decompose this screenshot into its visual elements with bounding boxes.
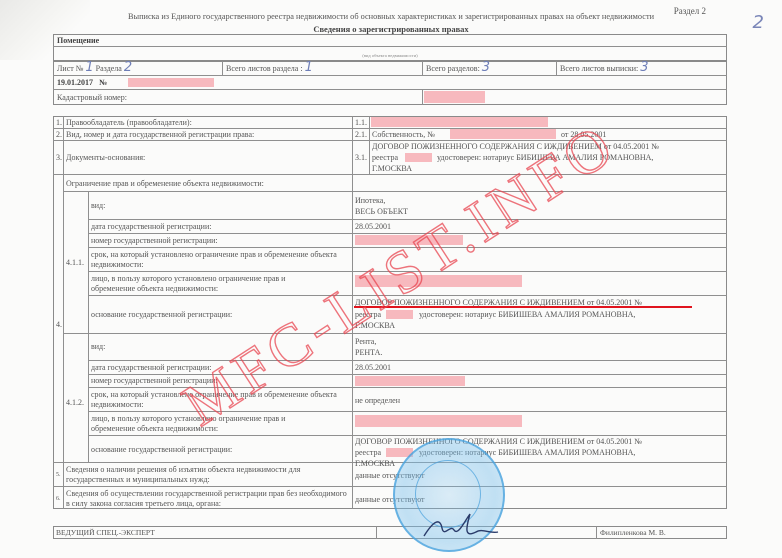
- row-6-label: Сведения об осуществлении государственно…: [63, 488, 352, 510]
- document-title: Выписка из Единого государственного реес…: [0, 12, 782, 21]
- encumbrance-2-date-value: 28.05.2001: [352, 362, 394, 374]
- encumbrance-1-basis-label: основание государственной регистрации:: [88, 309, 235, 321]
- total-sections: Всего разделов: 3: [423, 62, 493, 75]
- encumbrance-2-term-value: не определен: [352, 395, 403, 407]
- total-sheets-extract: Всего листов выписки: 3: [557, 62, 652, 75]
- extract-date-row: 19.01.2017 №: [54, 77, 110, 89]
- document-subtitle: Сведения о зарегистрированных правах: [0, 24, 782, 34]
- row-2-label: Вид, номер и дата государственной регист…: [63, 129, 257, 141]
- encumbrance-1-kind-value-2: ВЕСЬ ОБЪЕКТ: [352, 206, 411, 218]
- encumbrance-1-basis-line-2b: удостоверен: нотариус БИБИШЕВА АМАЛИЯ РО…: [416, 309, 638, 321]
- encumbrance-1-beneficiary-label: лицо, в пользу которого установлено огра…: [88, 273, 328, 295]
- extract-number-label: №: [99, 78, 107, 87]
- row-3-label: Документы-основания:: [63, 152, 148, 164]
- redacted-encumbrance-2-number: [355, 376, 465, 386]
- total-sections-label: Всего разделов:: [426, 64, 480, 73]
- object-type: Помещение: [54, 35, 102, 47]
- encumbrance-2-number: 4.1.2.: [63, 397, 87, 409]
- redacted-encumbrance-2-beneficiary: [355, 415, 522, 427]
- encumbrance-1-term-label: срок, на который установлено ограничение…: [88, 249, 352, 271]
- row-4-label: Ограничение прав и обременение объекта н…: [63, 178, 267, 190]
- cadastral-label: Кадастровый номер:: [54, 92, 130, 104]
- encumbrance-1-kind-label: вид:: [88, 200, 108, 212]
- row-2-sub: 2.1.: [352, 129, 370, 141]
- total-sheets-section: Всего листов раздела : 1: [223, 62, 316, 75]
- total-sheets-section-value: 1: [305, 60, 313, 75]
- section-number-value: 2: [124, 60, 132, 75]
- section-number-label: Раздела: [96, 64, 122, 73]
- extract-date: 19.01.2017: [57, 78, 93, 87]
- encumbrance-1-number: 4.1.1.: [63, 257, 87, 269]
- object-type-caption: (вид объекта недвижимости): [53, 52, 727, 60]
- row-5-label: Сведения о наличии решения об изъятии об…: [63, 464, 352, 486]
- signer-position: ВЕДУЩИЙ СПЕЦ.-ЭКСПЕРТ: [53, 527, 158, 539]
- total-sections-value: 3: [482, 60, 490, 75]
- encumbrance-1-term-value: [352, 255, 358, 257]
- redacted-extract-number: [128, 78, 214, 87]
- encumbrance-1-date-value: 28.05.2001: [352, 221, 394, 233]
- total-sheets-extract-label: Всего листов выписки:: [560, 64, 638, 73]
- signer-name: Филипленкова М. В.: [597, 527, 669, 539]
- redacted-registration-number: [450, 129, 556, 139]
- encumbrance-2-kind-label: вид:: [88, 341, 108, 353]
- redacted-right-holder: [371, 117, 548, 127]
- redacted-cadastral-number: [424, 91, 485, 103]
- row-4-number: 4.: [53, 319, 65, 331]
- row-1-label: Правообладатель (правообладатели):: [63, 117, 195, 129]
- encumbrance-2-kind-value-2: РЕНТА.: [352, 347, 385, 359]
- sheet-label: Лист №: [57, 64, 83, 73]
- signature: [420, 510, 500, 542]
- row-3-sub: 3.1.: [352, 152, 370, 164]
- encumbrance-1-date-label: дата государственной регистрации:: [88, 221, 214, 233]
- row-3-doc-line-3: Г.МОСКВА: [369, 163, 415, 175]
- encumbrance-2-basis-line-3: Г.МОСКВА: [352, 458, 398, 470]
- row-1-sub: 1.1.: [352, 117, 370, 129]
- total-sheets-extract-value: 3: [640, 60, 648, 75]
- sheet-value: 1: [85, 60, 93, 75]
- row-5-number: 5.: [53, 469, 64, 481]
- row-6-number: 6.: [53, 493, 64, 505]
- total-sheets-section-label: Всего листов раздела :: [226, 64, 303, 73]
- encumbrance-1-number-label: номер государственной регистрации:: [88, 235, 221, 247]
- row-2-value-prefix: Собственность, №: [369, 129, 438, 141]
- redacted-registry-number: [405, 153, 432, 162]
- sheet-number: Лист № 1 Раздела 2: [54, 62, 135, 75]
